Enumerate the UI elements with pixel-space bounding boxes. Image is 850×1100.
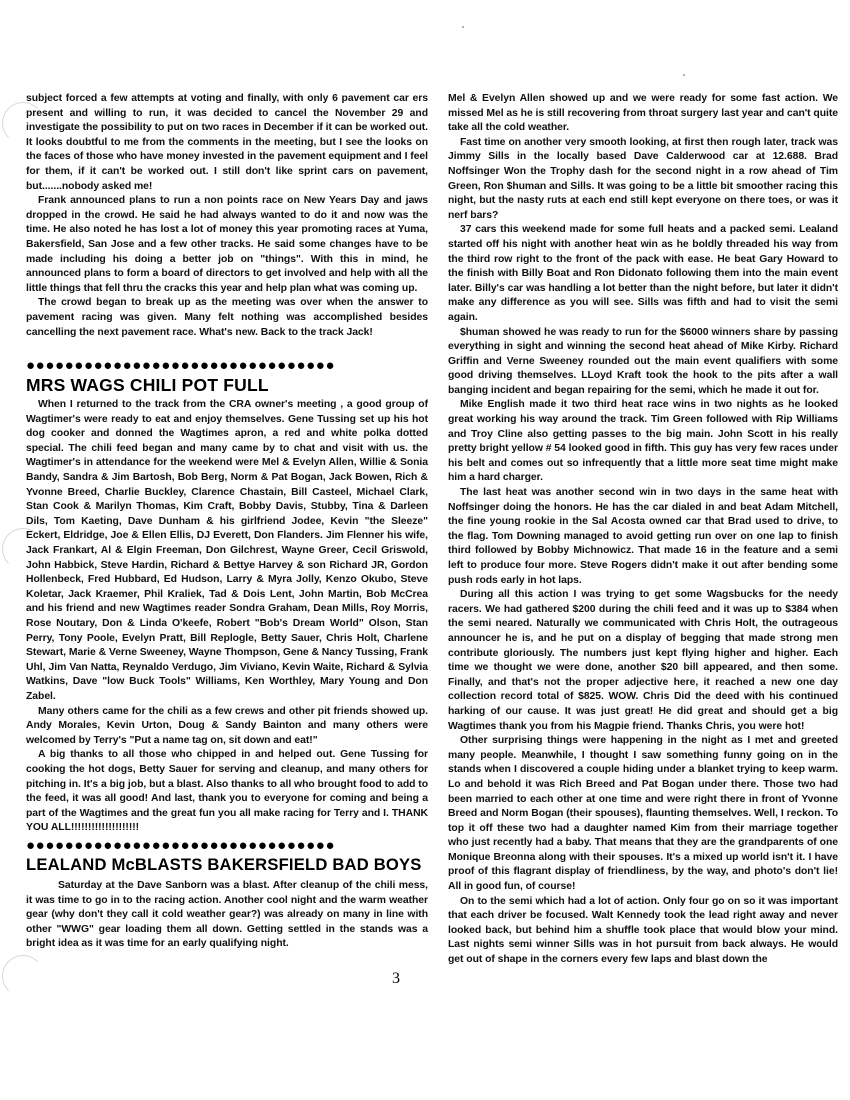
body-paragraph: The crowd began to break up as the meeti…: [26, 296, 428, 340]
right-column: Mel & Evelyn Allen showed up and we were…: [448, 92, 838, 968]
body-paragraph: On to the semi which had a lot of action…: [448, 895, 838, 968]
newsletter-page: subject forced a few attempts at voting …: [0, 0, 850, 1100]
article-headline: LEALAND McBLASTS BAKERSFIELD BAD BOYS: [26, 855, 428, 875]
body-paragraph: Saturday at the Dave Sanborn was a blast…: [26, 879, 428, 952]
body-paragraph: Many others came for the chili as a few …: [26, 705, 428, 749]
body-paragraph: Mel & Evelyn Allen showed up and we were…: [448, 92, 838, 136]
body-paragraph: When I returned to the track from the CR…: [26, 398, 428, 704]
hole-punch-mark-bottom: [2, 955, 44, 997]
scan-speck: [462, 26, 464, 28]
section-divider-dots: ●●●●●●●●●●●●●●●●●●●●●●●●●●●●●●●●: [26, 838, 428, 854]
page-number: 3: [392, 970, 400, 988]
body-paragraph: subject forced a few attempts at voting …: [26, 92, 428, 194]
scan-speck: [683, 74, 685, 76]
body-paragraph: $human showed he was ready to run for th…: [448, 326, 838, 399]
body-paragraph: 37 cars this weekend made for some full …: [448, 223, 838, 325]
section-divider-dots: ●●●●●●●●●●●●●●●●●●●●●●●●●●●●●●●●: [26, 358, 428, 374]
body-paragraph: Other surprising things were happening i…: [448, 734, 838, 895]
body-paragraph: Mike English made it two third heat race…: [448, 398, 838, 486]
body-paragraph: Frank announced plans to run a non point…: [26, 194, 428, 296]
body-paragraph: Fast time on another very smooth looking…: [448, 136, 838, 224]
body-paragraph: A big thanks to all those who chipped in…: [26, 748, 428, 836]
article-headline: MRS WAGS CHILI POT FULL: [26, 375, 428, 395]
body-paragraph: During all this action I was trying to g…: [448, 588, 838, 734]
left-column: subject forced a few attempts at voting …: [26, 92, 428, 952]
body-paragraph: The last heat was another second win in …: [448, 486, 838, 588]
